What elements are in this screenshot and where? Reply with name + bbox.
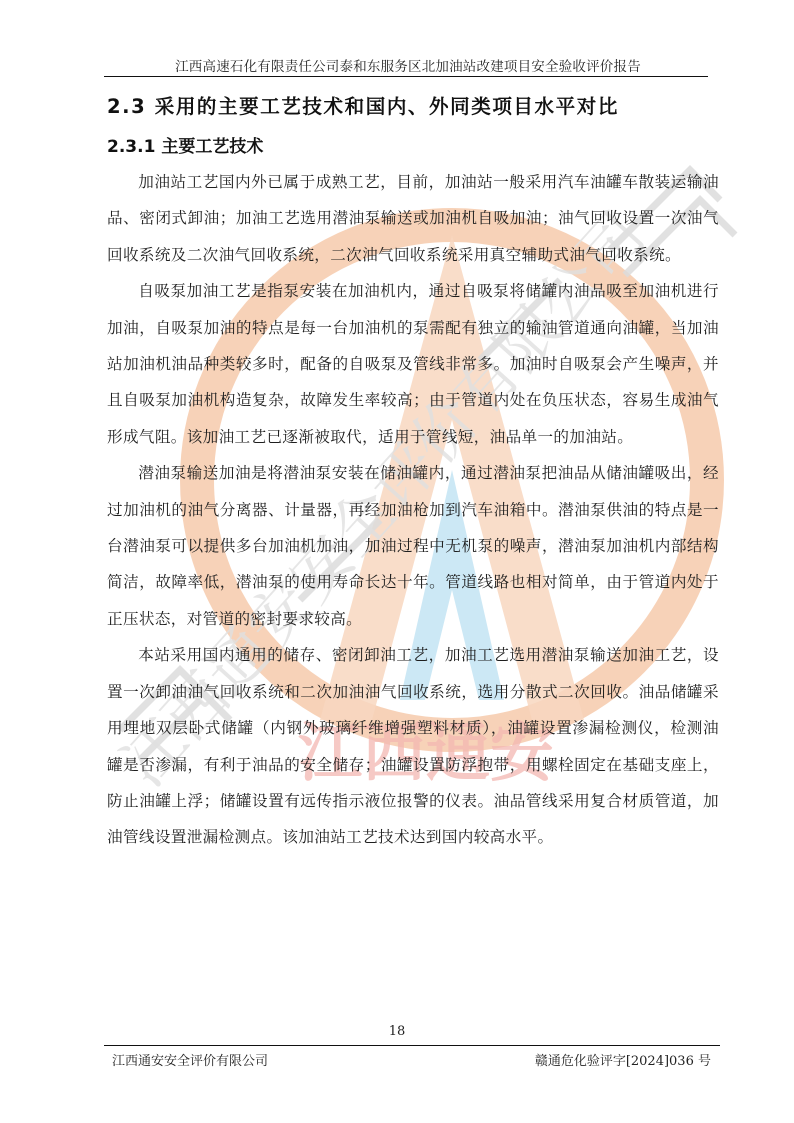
page-number: 18: [0, 1024, 794, 1039]
paragraph-overview: 加油站工艺国内外已属于成熟工艺，目前，加油站一般采用汽车油罐车散装运输油品、密闭…: [107, 164, 719, 273]
section-heading: 2.3 采用的主要工艺技术和国内、外同类项目水平对比: [107, 92, 719, 122]
running-header: 江西高速石化有限责任公司泰和东服务区北加油站改建项目安全验收评价报告: [108, 55, 708, 75]
footer-document-number: 赣通危化验评字[2024]036 号: [535, 1050, 711, 1069]
document-page: 江西通安 江西通安安全评价有限公司 江西高速石化有限责任公司泰和东服务区北加油站…: [0, 0, 794, 1123]
subsection-heading: 2.3.1 主要工艺技术: [107, 130, 719, 164]
paragraph-self-priming-pump: 自吸泵加油工艺是指泵安装在加油机内，通过自吸泵将储罐内油品吸至加油机进行加油，自…: [107, 273, 719, 455]
footer-divider: [104, 1045, 720, 1046]
header-divider: [104, 76, 708, 77]
paragraph-submersible-pump: 潜油泵输送加油是将潜油泵安装在储油罐内，通过潜油泵把油品从储油罐吸出，经过加油机…: [107, 455, 719, 637]
footer-company: 江西通安安全评价有限公司: [112, 1050, 268, 1069]
main-content: 2.3 采用的主要工艺技术和国内、外同类项目水平对比 2.3.1 主要工艺技术 …: [107, 92, 719, 856]
paragraph-station-process: 本站采用国内通用的储存、密闭卸油工艺，加油工艺选用潜油泵输送加油工艺，设置一次卸…: [107, 637, 719, 855]
